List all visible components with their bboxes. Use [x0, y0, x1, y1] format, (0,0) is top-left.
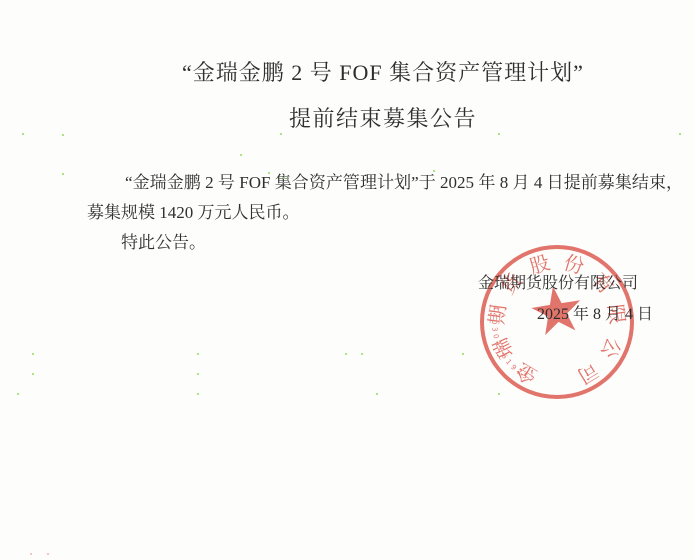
- scan-speck: [17, 393, 19, 395]
- scan-speck: [197, 373, 199, 375]
- scan-speck: [376, 393, 378, 395]
- scan-speck: [433, 170, 435, 172]
- scan-speck: [498, 393, 500, 395]
- scan-speck: [280, 133, 282, 135]
- scan-speck: [32, 373, 34, 375]
- scan-speck: [47, 553, 49, 555]
- scan-speck: [240, 154, 242, 156]
- scan-speck: [679, 133, 681, 135]
- signature-company-name: 金瑞期货股份有限公司: [478, 270, 638, 293]
- scan-speck: [498, 133, 500, 135]
- scan-speck: [197, 393, 199, 395]
- scan-speck: [361, 353, 363, 355]
- scan-speck: [268, 172, 270, 174]
- scan-speck: [345, 353, 347, 355]
- scan-speck: [197, 353, 199, 355]
- scan-speck: [62, 173, 64, 175]
- document-page: “金瑞金鹏 2 号 FOF 集合资产管理计划” 提前结束募集公告 “金瑞金鹏 2…: [0, 0, 694, 560]
- scan-speck: [32, 353, 34, 355]
- document-body: “金瑞金鹏 2 号 FOF 集合资产管理计划”于 2025 年 8 月 4 日提…: [87, 168, 683, 258]
- scan-speck: [462, 353, 464, 355]
- scan-speck: [30, 553, 32, 555]
- scan-speck: [22, 133, 24, 135]
- document-title-line2: 提前结束募集公告: [87, 102, 679, 133]
- scan-speck: [62, 134, 64, 136]
- document-title-line1: “金瑞金鹏 2 号 FOF 集合资产管理计划”: [87, 56, 679, 87]
- body-paragraph: “金瑞金鹏 2 号 FOF 集合资产管理计划”于 2025 年 8 月 4 日提…: [87, 168, 683, 228]
- closing-line: 特此公告。: [87, 228, 683, 258]
- signature-date: 2025 年 8 月 4 日: [537, 301, 653, 324]
- scan-speck: [283, 177, 285, 179]
